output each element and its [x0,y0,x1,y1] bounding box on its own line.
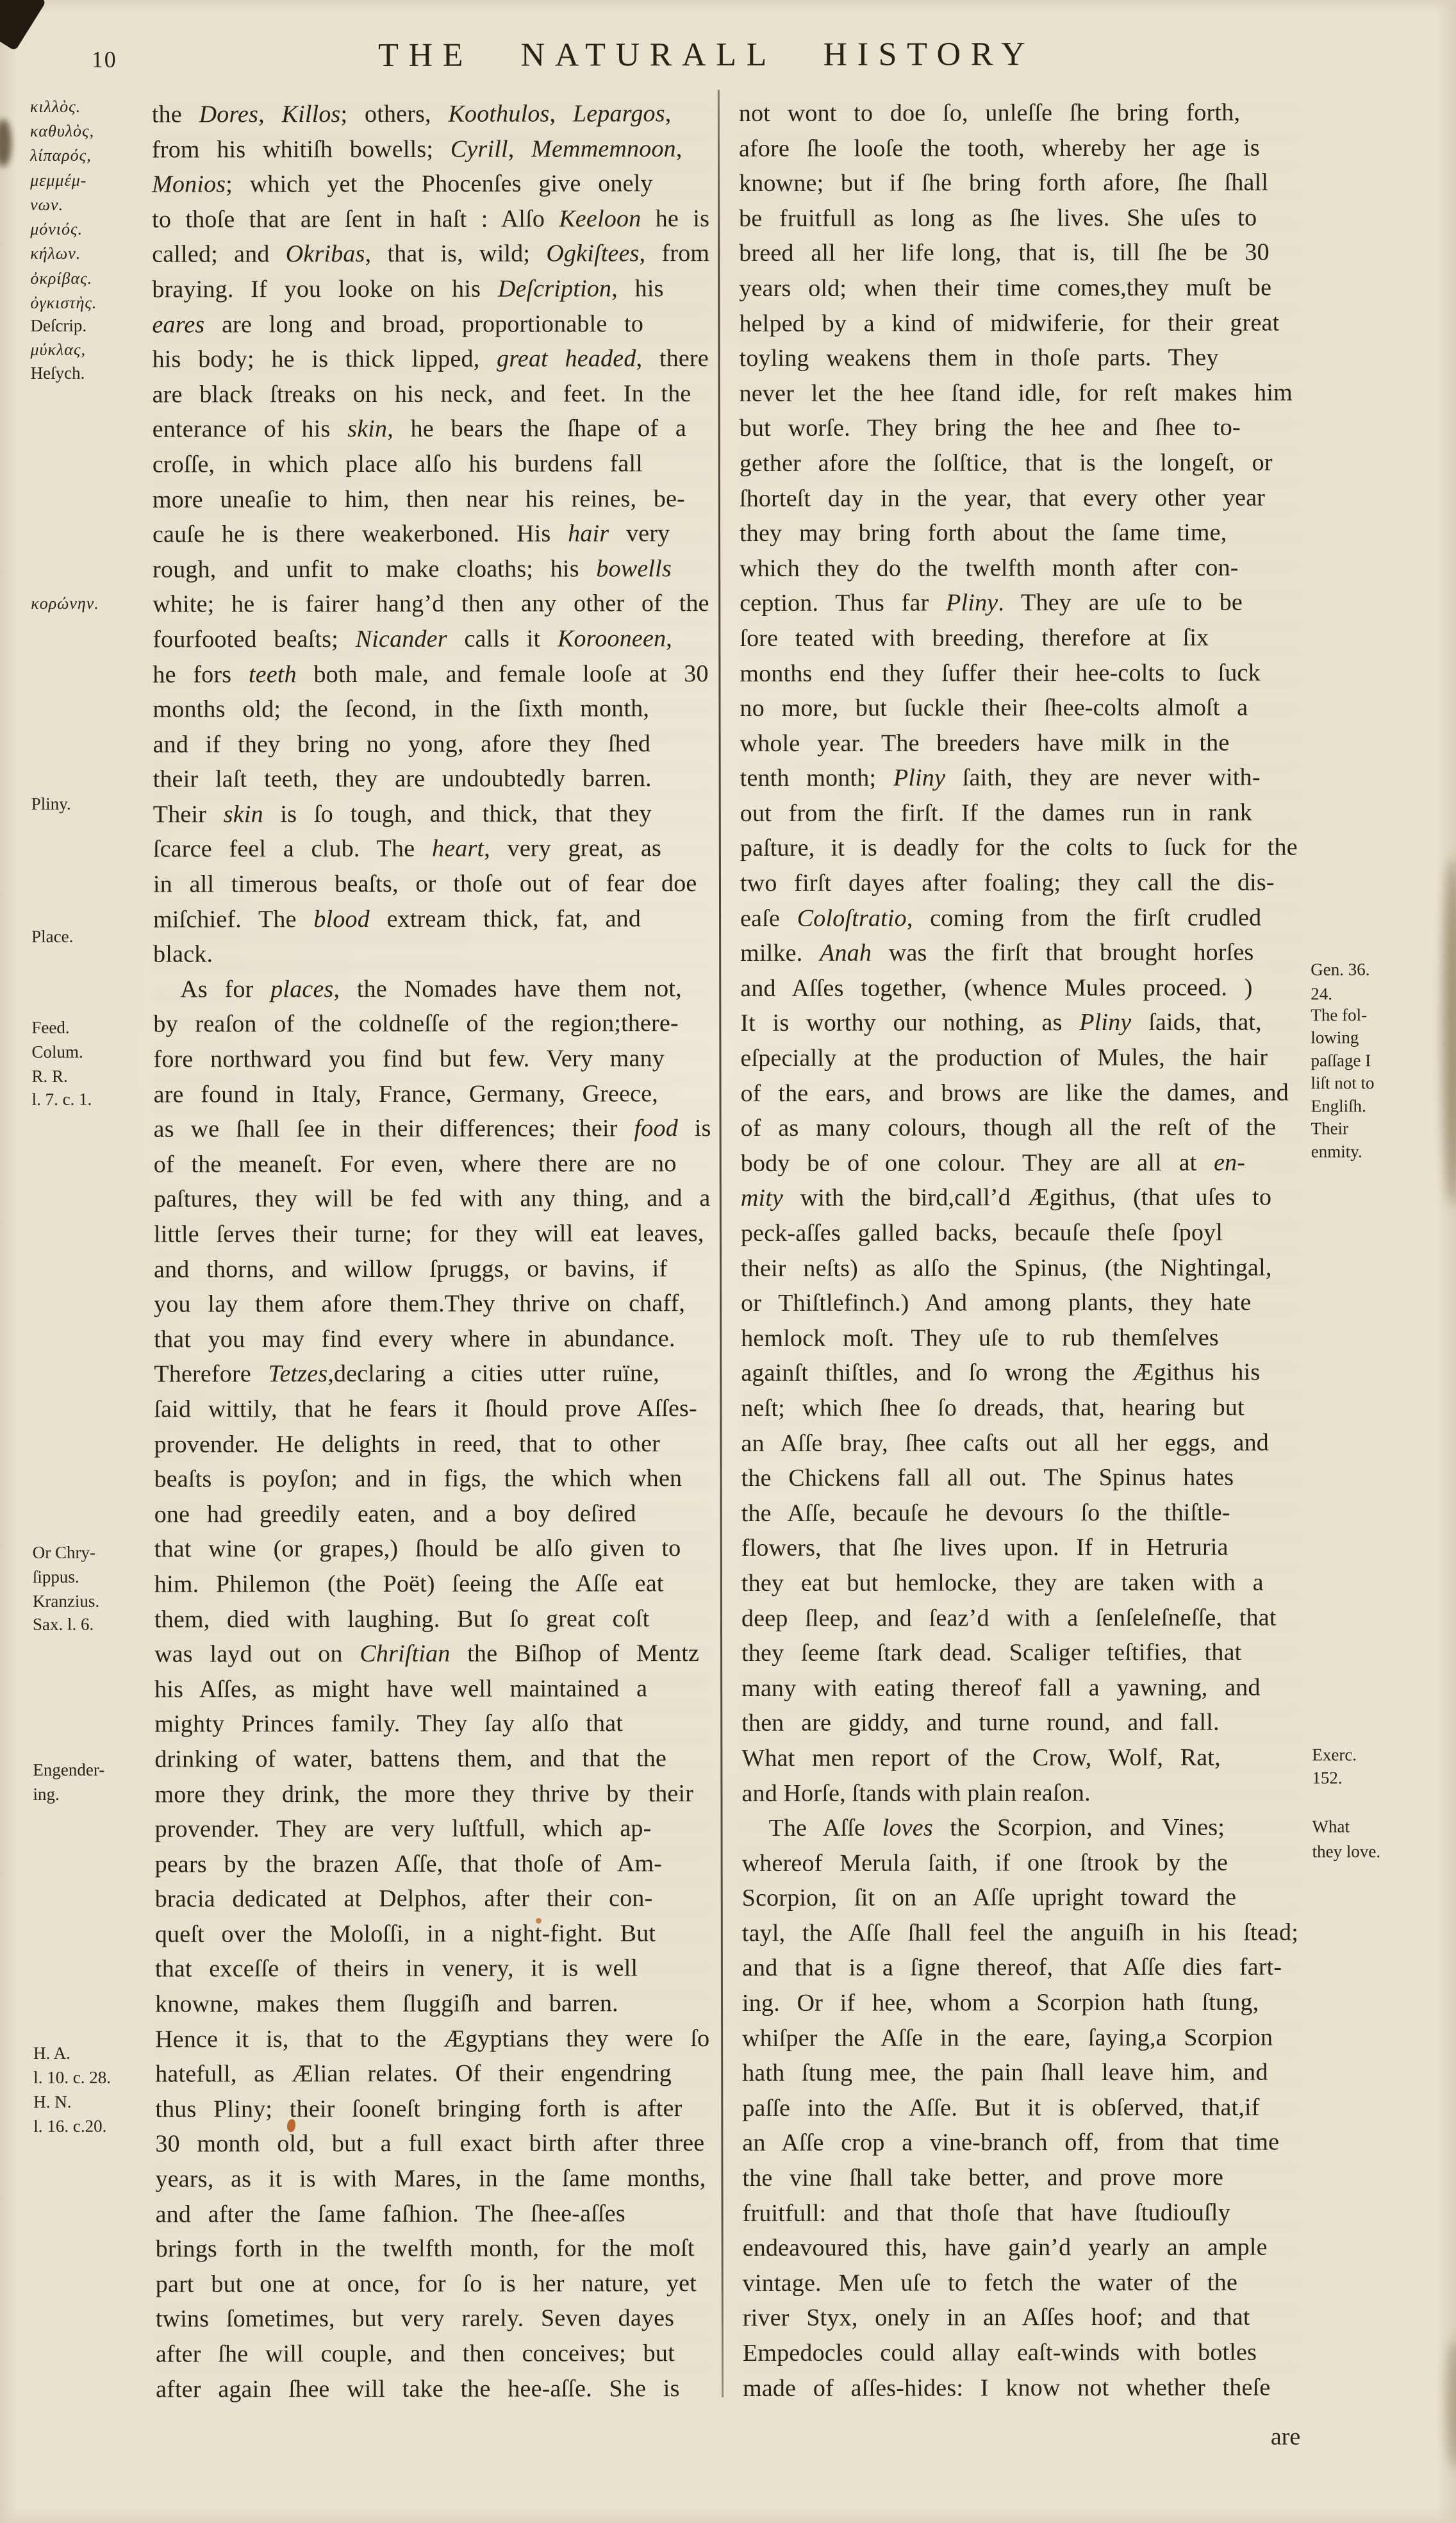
margin-note: Deſcrip. [30,316,87,335]
text-line: of the ears, and brows are like the dame… [740,1075,1298,1111]
text-line: out from the firſt. If the dames run in … [740,795,1298,831]
text-line: tayl, the Aſſe ſhall feel the anguiſh in… [742,1915,1300,1951]
margin-note: κορώνην. [31,594,99,613]
text-line: which they do the twelfth month after co… [740,550,1297,586]
book-page: 10 THE NATURALL HISTORY κιλλὸς.καθυλὸς,λ… [0,0,1456,2523]
text-line: the vine ſhall take better, and prove mo… [742,2160,1300,2195]
text-line: hatefull, as Ælian relates. Of their eng… [155,2056,713,2092]
text-line: paſſe into the Aſſe. But it is obſerved,… [742,2090,1300,2126]
text-line: of as many colours, though all the reſt … [741,1110,1298,1146]
margin-note: lowing [1311,1028,1359,1047]
catchword: are [743,2422,1300,2452]
text-line: years, as it is with Mares, in the ſame … [155,2161,713,2197]
margin-note: Kranzius. [33,1592,99,1611]
margin-note: Feed. [31,1018,69,1037]
text-line: they eat but hemlocke, they are taken wi… [741,1565,1299,1601]
text-line: that you may find every where in abundan… [154,1321,711,1357]
margin-note: Or Chry- [33,1543,95,1562]
text-line: river Styx, onely in an Aſſes hoof; and … [743,2300,1300,2336]
left-margin-notes: κιλλὸς.καθυλὸς,λίπαρός,μεμμέμ-νων.μόνιός… [30,1,151,2523]
text-line: eſpecially at the production of Mules, t… [740,1040,1298,1076]
text-line: twins ſometimes, but very rarely. Seven … [156,2301,713,2336]
text-line: mity with the bird,call’d Ægithus, (that… [741,1180,1298,1216]
margin-note: Engender- [33,1760,104,1779]
text-line: after again ſhee will take the hee-aſſe.… [156,2371,713,2407]
text-line: helped by a kind of midwiferie, for thei… [739,305,1296,341]
margin-note: they love. [1312,1842,1381,1861]
text-line: whereof Merula ſaith, if one ſtrook by t… [742,1845,1300,1881]
text-line: body be of one colour. They are all at e… [741,1145,1298,1181]
text-line: the Dores, Killos; others, Koothulos, Le… [152,96,709,132]
text-line: fruitfull: and that thoſe that have ſtud… [743,2195,1300,2231]
margin-note: Heſych. [31,363,85,383]
text-line: the Chickens fall all out. The Spinus ha… [741,1460,1299,1496]
text-line: called; and Okribas, that is, wild; Ogki… [152,236,709,272]
text-line: are found in Italy, France, Germany, Gre… [153,1076,711,1112]
text-line: What men report of the Crow, Wolf, Rat, [741,1740,1299,1776]
margin-note: καθυλὸς, [30,122,94,141]
text-line: endeavoured this, have gain’d yearly an … [743,2230,1300,2266]
text-line: Monios; which yet the Phocenſes give one… [152,166,709,202]
margin-note: paſſage I [1311,1051,1371,1070]
text-line: or Thiſtlefinch.) And among plants, they… [741,1285,1298,1321]
text-line: their neſts) as alſo the Spinus, (the Ni… [741,1250,1298,1286]
text-line: an Aſſe crop a vine-branch off, from tha… [742,2125,1300,2161]
margin-note: H. A. [33,2044,70,2063]
margin-note: 24. [1311,984,1332,1003]
text-line: pears by the brazen Aſſe, that thoſe of … [155,1846,713,1882]
running-title: THE NATURALL HISTORY [0,35,1416,75]
text-line: provender. They are very luſtfull, which… [154,1811,712,1847]
text-line: brings forth in the twelfth month, for t… [156,2231,713,2267]
text-line: paſture, it is deadly for the colts to ſ… [740,830,1298,866]
margin-note: Their [1311,1119,1349,1138]
text-line: knowne, makes them ſluggiſh and barren. [155,1986,713,2022]
text-line: him. Philemon (the Poët) ſeeing the Aſſe… [154,1566,712,1602]
margin-note: μύκλας, [30,340,85,360]
text-line: then are giddy, and turne round, and fal… [741,1705,1299,1741]
text-line: knowne; but if ſhe bring forth afore, ſh… [739,165,1296,201]
margin-note: What [1312,1817,1350,1836]
text-line: breed all her life long, that is, till ſ… [739,235,1296,271]
text-line: not wont to doe ſo, unleſſe ſhe bring fo… [739,95,1296,131]
text-line: that exceſſe of theirs in venery, it is … [155,1951,713,1987]
text-line: many with eating thereof fall a yawning,… [741,1670,1299,1706]
text-line: more they drink, the more they thrive by… [154,1776,712,1812]
text-line: in all timerous beaſts, or thoſe out of … [153,866,711,902]
text-line: and thorns, and willow ſpruggs, or bavin… [154,1251,711,1287]
text-line: hath ſtung mee, the pain ſhall leave him… [742,2055,1300,2091]
left-text-column: the Dores, Killos; others, Koothulos, Le… [152,96,713,2407]
margin-note: R. R. [31,1067,67,1086]
text-line: and Horſe, ſtands with plain reaſon. [741,1775,1299,1811]
margin-note: ing. [33,1785,59,1804]
margin-note: Colum. [31,1042,83,1062]
text-line: the Aſſe, becauſe he devours ſo the thiſ… [741,1495,1299,1531]
text-line: 30 month old, but a full exact birth aft… [155,2126,713,2161]
margin-note: μόνιός. [30,220,83,239]
text-line: months old; the ſecond, in the ſixth mon… [153,691,710,727]
text-line: fourfooted beaſts; Nicander calls it Kor… [153,621,710,657]
text-line: beaſts is poyſon; and in figs, the which… [154,1461,712,1497]
text-line: are black ſtreaks on his neck, and feet.… [153,376,710,412]
text-line: ing. Or if hee, whom a Scorpion hath ſtu… [742,1985,1300,2021]
text-line: was layd out on Chriſtian the Biſhop of … [154,1636,712,1672]
margin-note: enmity. [1311,1142,1362,1161]
text-line: one had greedily eaten, and a boy deſire… [154,1496,712,1532]
text-line: ception. Thus far Pliny. They are uſe to… [740,585,1297,621]
text-line: made of aſſes-hides: I know not whether … [743,2370,1300,2406]
text-line: their laſt teeth, they are undoubtedly b… [153,761,711,797]
margin-note: Exerc. [1312,1745,1357,1765]
text-line: he fors teeth both male, and female looſ… [153,656,710,692]
text-line: after ſhe will couple, and then conceive… [156,2336,713,2372]
text-line: afore ſhe looſe the tooth, whereby her a… [739,130,1296,166]
margin-note: Gen. 36. [1311,960,1369,979]
text-line: drinking of water, battens them, and tha… [154,1741,712,1777]
text-line: an Aſſe bray, ſhee caſts out all her egg… [741,1425,1298,1461]
text-line: eares are long and broad, proportionable… [152,306,709,342]
text-line: Therefore Tetzes,declaring a cities utte… [154,1356,711,1392]
text-line: tenth month; Pliny ſaith, they are never… [740,760,1298,796]
margin-note: Engliſh. [1311,1096,1366,1115]
text-line: them, died with laughing. But ſo great c… [154,1601,712,1637]
text-line: but worſe. They bring the hee and ſhee t… [740,410,1297,446]
text-line: peck-aſſes galled backs, becauſe theſe ſ… [741,1215,1298,1251]
text-line: years old; when their time comes,they mu… [739,270,1296,306]
text-line: no more, but ſuckle their ſhee-colts alm… [740,690,1297,726]
text-line: more uneaſie to him, then near his reine… [153,481,710,517]
text-line: of the meaneſt. For even, where there ar… [154,1146,711,1182]
text-line: his body; he is thick lipped, great head… [152,341,709,377]
text-line: never let the hee ſtand idle, for reſt m… [740,375,1297,411]
text-line: eaſe Coloſtratio, coming from the firſt … [740,900,1298,936]
text-line: Their skin is ſo tough, and thick, that … [153,796,711,832]
text-line: rough, and unfit to make cloaths; his bo… [153,551,710,587]
text-line: and if they bring no yong, afore they ſh… [153,726,711,762]
margin-note: λίπαρός, [30,146,92,165]
margin-note: l. 10. c. 28. [33,2068,111,2087]
text-line: ſore teated with breeding, therefore at … [740,620,1297,656]
text-line: as we ſhall ſee in their differences; th… [154,1111,711,1147]
text-line: white; he is fairer hang’d then any othe… [153,586,710,622]
text-line: and that is a ſigne thereof, that Aſſe d… [742,1950,1300,1986]
margin-note: liſt not to [1311,1073,1374,1092]
margin-note: 152. [1312,1768,1342,1787]
text-line: his Aſſes, as might have well maintained… [154,1671,712,1707]
margin-note: l. 16. c.20. [33,2117,106,2136]
text-line: hemlock moſt. They uſe to rub themſelves [741,1320,1298,1356]
text-line: be fruitfull as long as ſhe lives. She u… [739,200,1296,236]
text-line: little ſerves their turne; for they will… [154,1216,711,1252]
text-line: provender. He delights in reed, that to … [154,1426,711,1462]
margin-note: Sax. l. 6. [33,1615,94,1634]
text-line: toyling weakens them in thoſe parts. The… [739,340,1296,376]
text-line: fore northward you find but few. Very ma… [153,1041,711,1077]
text-line: by reaſon of the coldneſſe of the region… [153,1006,711,1042]
margin-note: νων. [30,196,63,215]
text-line: ſaid wittily, that he fears it ſhould pr… [154,1391,711,1427]
text-line: braying. If you looke on his Deſcription… [152,271,709,307]
text-line: queſt over the Moloſſi, in a night-fight… [155,1916,713,1952]
text-line: they ſeeme ſtark dead. Scaliger teſtifie… [741,1635,1299,1671]
text-line: cauſe he is there weakerboned. His hair … [153,516,710,552]
text-line: black. [153,936,711,972]
text-line: you lay them afore them.They thrive on c… [154,1286,711,1322]
text-line: from his whitiſh bowells; Cyrill, Memmem… [152,131,709,167]
margin-note: κιλλὸς. [30,97,81,117]
text-line: ſhorteſt day in the year, that every oth… [740,480,1297,516]
text-line: againſt thiſtles, and ſo wrong the Ægith… [741,1355,1298,1391]
text-line: part but one at once, for ſo is her natu… [156,2266,713,2302]
text-line: to thoſe that are ſent in haſt : Alſo Ke… [152,201,709,237]
column-divider-rule [718,90,724,2397]
ink-stain [536,1918,542,1924]
right-text-column: not wont to doe ſo, unleſſe ſhe bring fo… [739,95,1300,2406]
text-line: gether afore the ſolſtice, that is the l… [740,445,1297,481]
text-line: mighty Princes family. They ſay alſo tha… [154,1706,712,1742]
text-line: It is worthy our nothing, as Pliny ſaids… [740,1005,1298,1041]
margin-note: ὀγκιστὴς. [30,293,97,312]
margin-note: l. 7. c. 1. [32,1090,92,1109]
text-line: and after the ſame faſhion. The ſhee-aſſ… [156,2196,713,2232]
text-line: thus Pliny; their ſooneſt bringing forth… [155,2091,713,2127]
text-line: neſt; which ſhee ſo dreads, that, hearin… [741,1390,1298,1426]
text-line: whiſper the Aſſe in the eare, ſaying,a S… [742,2020,1300,2056]
text-line: croſſe, in which place alſo his burdens … [153,446,710,482]
margin-note: H. N. [33,2092,71,2111]
text-line: whole year. The breeders have milk in th… [740,725,1298,761]
text-line: bracia dedicated at Delphos, after their… [155,1881,713,1917]
text-line: Empedocles could allay eaſt-winds with b… [743,2335,1300,2370]
margin-note: ſippus. [33,1567,79,1586]
text-line: deep ſleep, and ſeaz’d with a ſenſeleſne… [741,1600,1299,1636]
margin-note: ὀκρίβας. [30,269,92,288]
text-line: that wine (or grapes,) ſhould be alſo gi… [154,1531,712,1567]
text-line: vintage. Men uſe to fetch the water of t… [743,2265,1300,2301]
text-line: The Aſſe loves the Scorpion, and Vines; [741,1810,1299,1846]
text-line: they may bring forth about the ſame time… [740,515,1297,551]
right-margin-notes: Gen. 36.24.The fol-lowingpaſſage Iliſt n… [1309,0,1453,2522]
text-line: paſtures, they will be fed with any thin… [154,1181,711,1217]
text-line: Hence it is, that to the Ægyptians they … [155,2021,713,2057]
text-line: months end they ſuffer their hee-colts t… [740,655,1297,691]
margin-note: μεμμέμ- [30,171,87,190]
margin-note: The fol- [1311,1005,1367,1024]
text-line: ſcarce feel a club. The heart, very grea… [153,831,711,867]
text-line: two firſt dayes after foaling; they call… [740,865,1298,901]
margin-note: Place. [31,927,73,946]
text-line: enterance of his skin, he bears the ſhap… [153,411,710,447]
text-line: flowers, that ſhe lives upon. If in Hetr… [741,1530,1299,1566]
text-line: milke. Anah was the firſt that brought h… [740,935,1298,971]
text-line: miſchief. The blood extream thick, fat, … [153,901,711,937]
text-line: and Aſſes together, (whence Mules procee… [740,970,1298,1006]
margin-note: κήλων. [30,244,81,263]
margin-note: Pliny. [31,794,71,813]
text-line: As for places, the Nomades have them not… [153,971,711,1007]
text-line: Scorpion, ſit on an Aſſe upright toward … [742,1880,1300,1916]
